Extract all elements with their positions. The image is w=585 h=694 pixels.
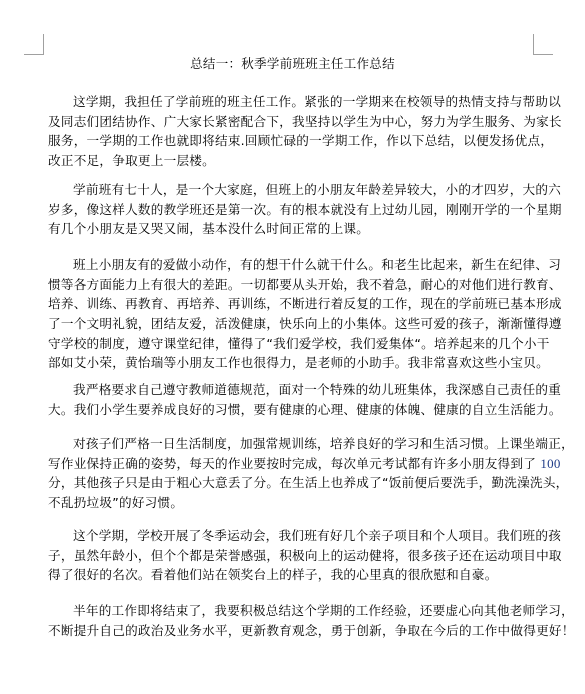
paragraph-3: 班上小朋友有的爱做小动作，有的想干什么就干什么。和老生比起来，新生在纪律、习 惯…	[48, 255, 538, 373]
document-page: 总结一：秋季学前班班主任工作总结 这学期，我担任了学前班的班主任工作。紧张的一学…	[0, 0, 585, 694]
paragraph-line: 这学期，我担任了学前班的班主任工作。紧张的一学期来在校领导的热情支持与帮助以	[48, 92, 538, 112]
paragraph-line: 不断提升自己的政治及业务水平，更新教育观念，勇于创新，争取在今后的工作中做得更好…	[48, 621, 538, 641]
paragraph-line: 不乱扔垃圾”的好习惯。	[48, 493, 538, 513]
paragraph-6: 这个学期，学校开展了冬季运动会，我们班有好几个亲子项目和个人项目。我们班的孩 子…	[48, 526, 538, 585]
paragraph-7: 半年的工作即将结束了，我要积极总结这个学期的工作经验，还要虚心向其他老师学习， …	[48, 601, 538, 640]
paragraph-line: 班上小朋友有的爱做小动作，有的想干什么就干什么。和老生比起来，新生在纪律、习	[48, 255, 538, 275]
paragraph-line: 惯等各方面能力上有很大的差距。一切都要从头开始，我不着急，耐心的对他们进行教育、	[48, 275, 538, 295]
paragraph-line: 及同志们团结协作、广大家长紧密配合下，我坚持以学生为中心，努力为学生服务、为家长	[48, 112, 538, 132]
paragraph-1: 这学期，我担任了学前班的班主任工作。紧张的一学期来在校领导的热情支持与帮助以 及…	[48, 92, 538, 171]
document-title: 总结一：秋季学前班班主任工作总结	[0, 56, 585, 72]
paragraph-line: 子，虽然年龄小，但个个都是荣誉感强，积极向上的运动健将，很多孩子还在运动项目中取	[48, 546, 538, 566]
paragraph-line: 大。我们小学生要养成良好的习惯，要有健康的心理、健康的体魄、健康的自立生活能力。	[48, 400, 538, 420]
paragraph-line: 了一个文明礼貌，团结友爱，活泼健康，快乐向上的小集体。这些可爱的孩子，渐渐懂得遵	[48, 314, 538, 334]
paragraph-line: 这个学期，学校开展了冬季运动会，我们班有好几个亲子项目和个人项目。我们班的孩	[48, 526, 538, 546]
top-left-margin-mark	[24, 34, 44, 55]
paragraph-line: 我严格要求自己遵守教师道德规范，面对一个特殊的幼儿班集体，我深感自己责任的重	[48, 380, 538, 400]
paragraph-line: 写作业保持正确的姿势，每天的作业要按时完成，每次单元考试都有许多小朋友得到了 1…	[48, 454, 538, 474]
paragraph-5: 对孩子们严格一日生活制度，加强常规训练，培养良好的学习和生活习惯。上课坐端正， …	[48, 434, 538, 513]
paragraph-line: 有几个小朋友是又哭又闹，基本没什么时间正常的上课。	[48, 219, 538, 239]
paragraph-line: 部如艾小荣，黄怡瑞等小朋友工作也很得力，是老师的小助手。我非常喜欢这些小宝贝。	[48, 353, 538, 373]
paragraph-line: 改正不足，争取更上一层楼。	[48, 151, 538, 171]
paragraph-line: 半年的工作即将结束了，我要积极总结这个学期的工作经验，还要虚心向其他老师学习，	[48, 601, 538, 621]
line-text: 写作业保持正确的姿势，每天的作业要按时完成，每次单元考试都有许多小朋友得到了	[48, 456, 536, 471]
paragraph-line: 对孩子们严格一日生活制度，加强常规训练，培养良好的学习和生活习惯。上课坐端正，	[48, 434, 538, 454]
paragraph-line: 培养、训练、再教育、再培养、再训练，不断进行着反复的工作，现在的学前班已基本形成	[48, 294, 538, 314]
score-number: 100	[540, 456, 560, 471]
paragraph-line: 学前班有七十人，是一个大家庭，但班上的小朋友年龄差异较大，小的才四岁，大的六	[48, 180, 538, 200]
paragraph-line: 分，其他孩子只是由于粗心大意丢了分。在生活上也养成了“饭前便后要洗手，勤洗澡洗头…	[48, 473, 538, 493]
paragraph-line: 服务，一学期的工作也就即将结束.回顾忙碌的一学期工作，作以下总结，以便发扬优点，	[48, 131, 538, 151]
paragraph-4: 我严格要求自己遵守教师道德规范，面对一个特殊的幼儿班集体，我深感自己责任的重 大…	[48, 380, 538, 419]
top-right-margin-mark	[533, 34, 553, 55]
paragraph-line: 得了很好的名次。看着他们站在领奖台上的样子，我的心里真的很欣慰和自豪。	[48, 565, 538, 585]
paragraph-line: 守学校的制度，遵守课堂纪律，懂得了“我们爱学校，我们爱集体“。培养起来的几个小干	[48, 334, 538, 354]
paragraph-line: 岁多，像这样人数的教学班还是第一次。有的根本就没有上过幼儿园，刚刚开学的一个星期	[48, 200, 538, 220]
paragraph-2: 学前班有七十人，是一个大家庭，但班上的小朋友年龄差异较大，小的才四岁，大的六 岁…	[48, 180, 538, 239]
